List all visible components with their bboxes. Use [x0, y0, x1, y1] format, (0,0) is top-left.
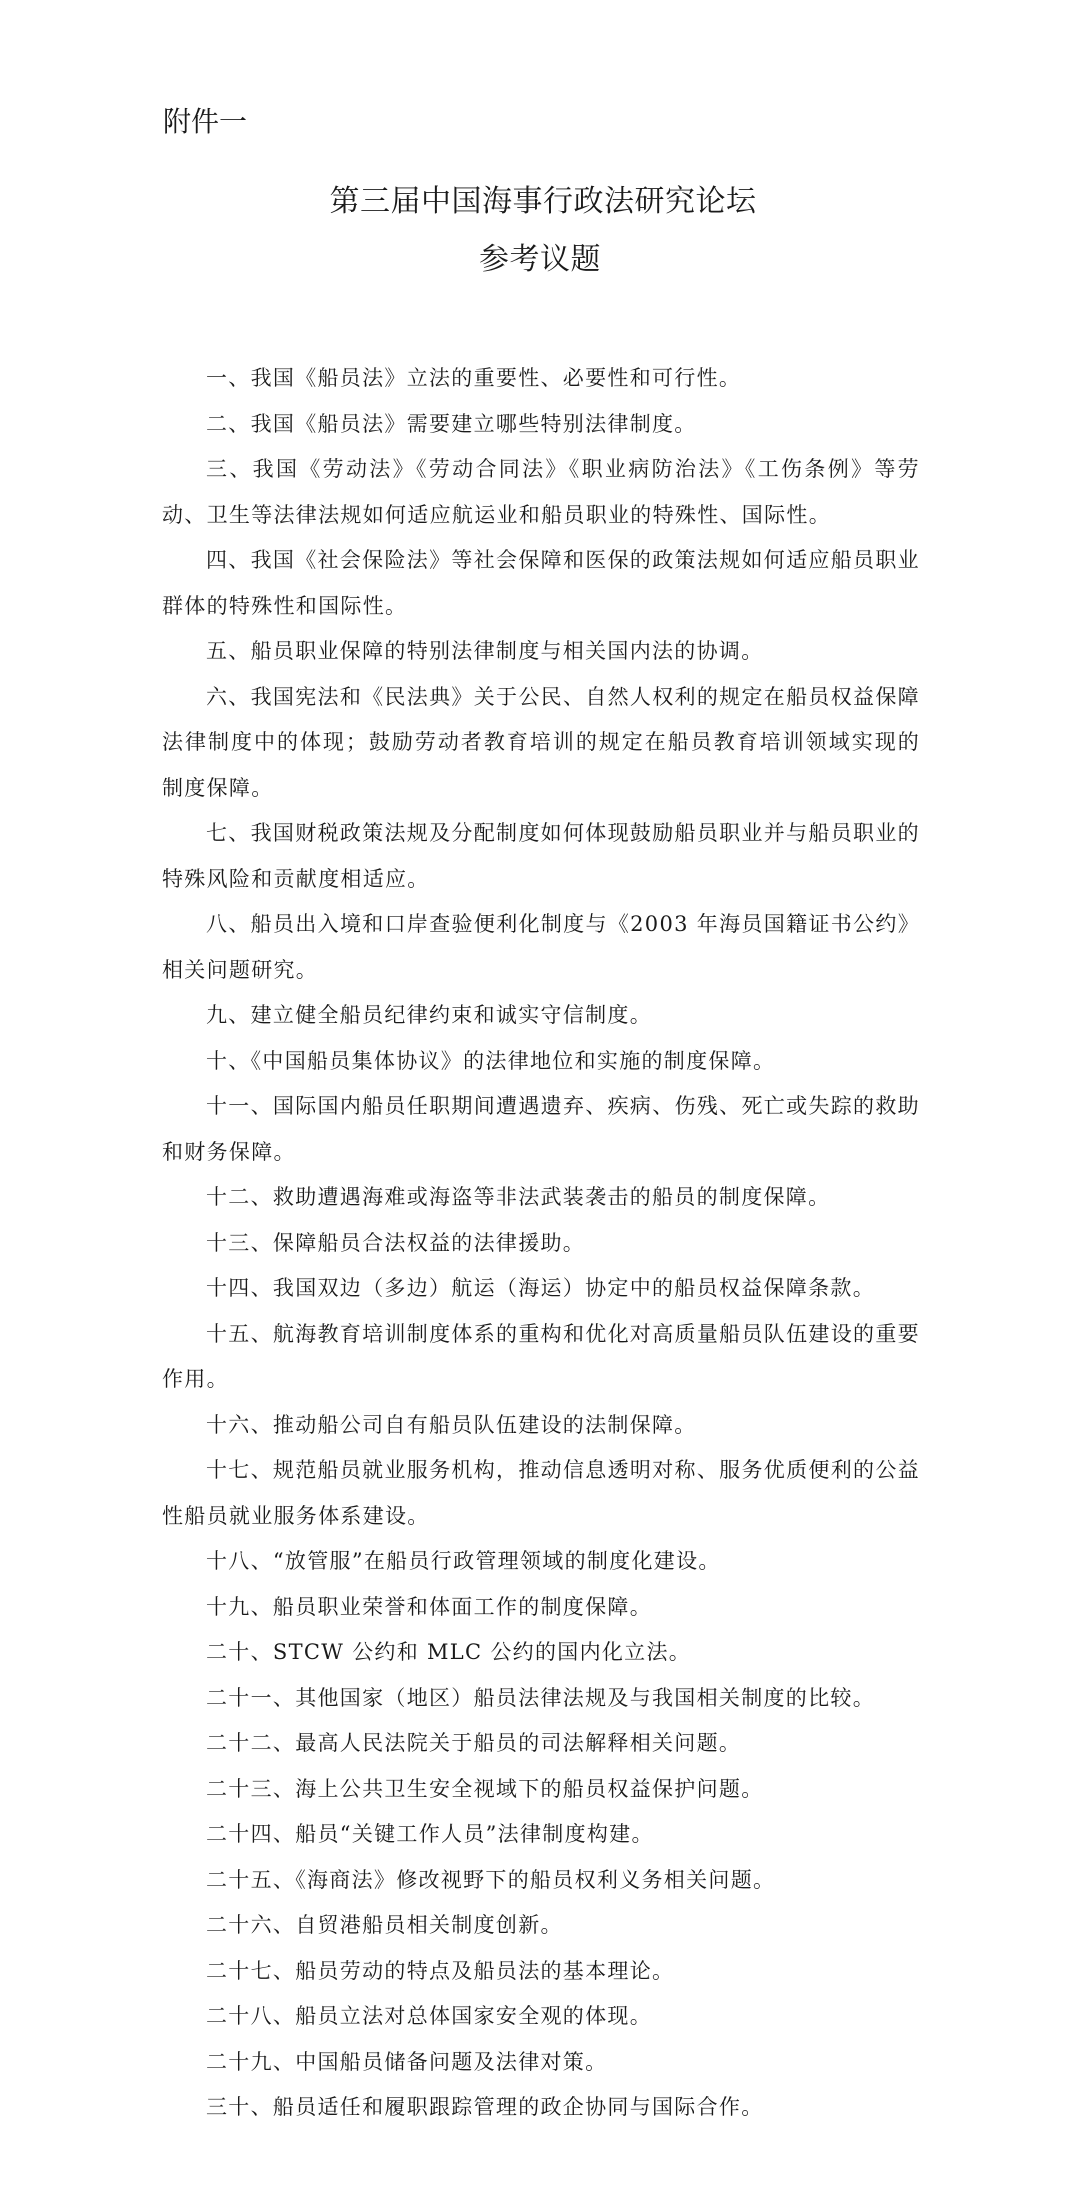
topic-item-30: 三十、船员适任和履职跟踪管理的政企协同与国际合作。 [162, 2085, 920, 2131]
topic-item-18: 十八、“放管服”在船员行政管理领域的制度化建设。 [162, 1539, 920, 1585]
document-page: 附件一 第三届中国海事行政法研究论坛 参考议题 一、我国《船员法》立法的重要性、… [0, 0, 1080, 2211]
topic-item-14: 十四、我国双边（多边）航运（海运）协定中的船员权益保障条款。 [162, 1266, 920, 1312]
topic-item-17: 十七、规范船员就业服务机构，推动信息透明对称、服务优质便利的公益性船员就业服务体… [162, 1448, 920, 1539]
topic-item-16: 十六、推动船公司自有船员队伍建设的法制保障。 [162, 1403, 920, 1449]
attachment-label: 附件一 [163, 104, 247, 140]
topic-item-11: 十一、国际国内船员任职期间遭遇遗弃、疾病、伤残、死亡或失踪的救助和财务保障。 [162, 1084, 920, 1175]
topic-item-8: 八、船员出入境和口岸查验便利化制度与《2003 年海员国籍证书公约》相关问题研究… [162, 902, 920, 993]
topic-item-26: 二十六、自贸港船员相关制度创新。 [162, 1903, 920, 1949]
topic-list: 一、我国《船员法》立法的重要性、必要性和可行性。 二、我国《船员法》需要建立哪些… [162, 356, 920, 2131]
topic-item-28: 二十八、船员立法对总体国家安全观的体现。 [162, 1994, 920, 2040]
topic-item-5: 五、船员职业保障的特别法律制度与相关国内法的协调。 [162, 629, 920, 675]
topic-item-23: 二十三、海上公共卫生安全视域下的船员权益保护问题。 [162, 1767, 920, 1813]
topic-item-20: 二十、STCW 公约和 MLC 公约的国内化立法。 [162, 1630, 920, 1676]
document-subtitle: 参考议题 [0, 240, 1080, 280]
topic-item-22: 二十二、最高人民法院关于船员的司法解释相关问题。 [162, 1721, 920, 1767]
topic-item-21: 二十一、其他国家（地区）船员法律法规及与我国相关制度的比较。 [162, 1676, 920, 1722]
topic-item-9: 九、建立健全船员纪律约束和诚实守信制度。 [162, 993, 920, 1039]
topic-item-7: 七、我国财税政策法规及分配制度如何体现鼓励船员职业并与船员职业的特殊风险和贡献度… [162, 811, 920, 902]
topic-item-19: 十九、船员职业荣誉和体面工作的制度保障。 [162, 1585, 920, 1631]
topic-item-1: 一、我国《船员法》立法的重要性、必要性和可行性。 [162, 356, 920, 402]
topic-item-24: 二十四、船员“关键工作人员”法律制度构建。 [162, 1812, 920, 1858]
topic-item-27: 二十七、船员劳动的特点及船员法的基本理论。 [162, 1949, 920, 1995]
topic-item-12: 十二、救助遭遇海难或海盗等非法武装袭击的船员的制度保障。 [162, 1175, 920, 1221]
topic-item-4: 四、我国《社会保险法》等社会保障和医保的政策法规如何适应船员职业群体的特殊性和国… [162, 538, 920, 629]
topic-item-6: 六、我国宪法和《民法典》关于公民、自然人权利的规定在船员权益保障法律制度中的体现… [162, 675, 920, 812]
document-title: 第三届中国海事行政法研究论坛 [0, 182, 1080, 222]
topic-item-3: 三、我国《劳动法》《劳动合同法》《职业病防治法》《工伤条例》等劳动、卫生等法律法… [162, 447, 920, 538]
topic-item-13: 十三、保障船员合法权益的法律援助。 [162, 1221, 920, 1267]
topic-item-10: 十、《中国船员集体协议》的法律地位和实施的制度保障。 [162, 1039, 920, 1085]
topic-item-25: 二十五、《海商法》修改视野下的船员权利义务相关问题。 [162, 1858, 920, 1904]
topic-item-2: 二、我国《船员法》需要建立哪些特别法律制度。 [162, 402, 920, 448]
topic-item-15: 十五、航海教育培训制度体系的重构和优化对高质量船员队伍建设的重要作用。 [162, 1312, 920, 1403]
topic-item-29: 二十九、中国船员储备问题及法律对策。 [162, 2040, 920, 2086]
